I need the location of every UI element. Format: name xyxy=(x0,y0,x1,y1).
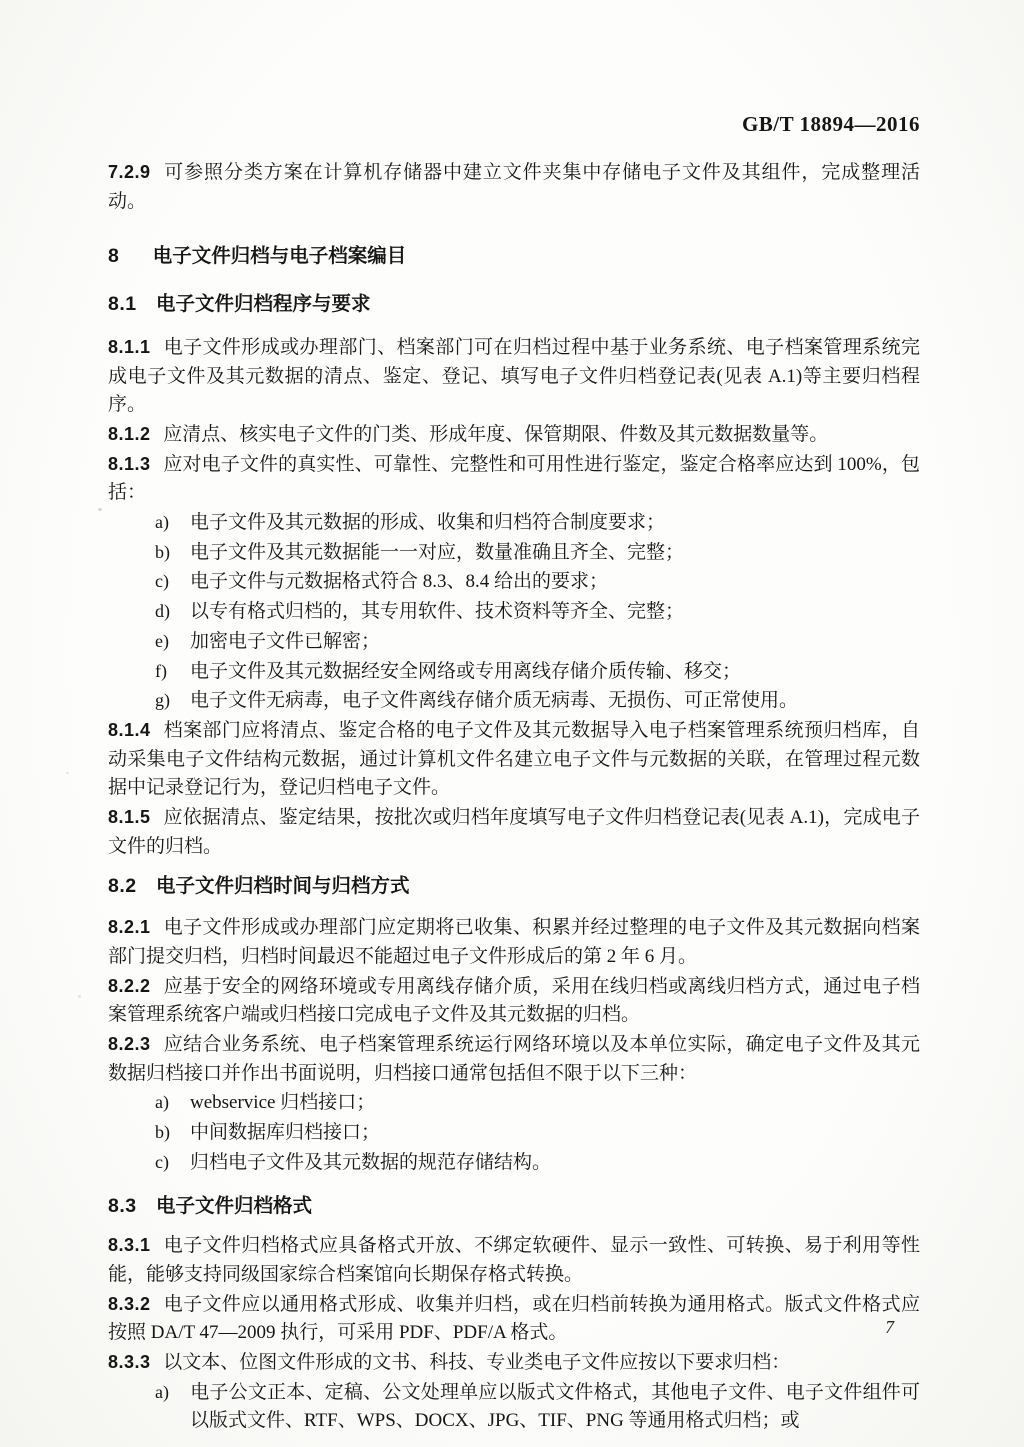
item-text: 电子公文正本、定稿、公文处理单应以版式文件格式，其他电子文件、电子文件组件可以版… xyxy=(190,1382,920,1432)
clause-8.1.3: 8.1.3 应对电子文件的真实性、可靠性、完整性和可用性进行鉴定，鉴定合格率应达… xyxy=(108,450,920,508)
item-text: 电子文件及其元数据能一一对应，数量准确且齐全、完整； xyxy=(190,542,684,563)
item-text: 电子文件及其元数据经安全网络或专用离线存储介质传输、移交； xyxy=(190,661,741,682)
section-number: 8.2 xyxy=(108,875,137,897)
section-number: 8.1 xyxy=(108,293,137,315)
list-item-e: e)加密电子文件已解密； xyxy=(108,627,920,657)
section-title: 电子文件归档格式 xyxy=(156,1195,312,1217)
section-title: 电子文件归档程序与要求 xyxy=(156,293,371,315)
item-text: 电子文件及其元数据的形成、收集和归档符合制度要求； xyxy=(190,512,665,533)
clause-text: 应依据清点、鉴定结果，按批次或归档年度填写电子文件归档登记表(见表 A.1)，完… xyxy=(108,807,920,857)
clause-number: 8.3.1 xyxy=(108,1235,151,1255)
item-letter: c) xyxy=(155,567,190,596)
list-item-b: b)中间数据库归档接口； xyxy=(108,1118,920,1148)
clause-text: 电子文件归档格式应具备格式开放、不绑定软硬件、显示一致性、可转换、易于利用等性能… xyxy=(108,1235,920,1285)
item-text: 电子文件与元数据格式符合 8.3、8.4 给出的要求； xyxy=(190,571,608,592)
clause-text: 档案部门应将清点、鉴定合格的电子文件及其元数据导入电子档案管理系统预归档库，自动… xyxy=(108,720,920,798)
clause-text: 电子文件应以通用格式形成、收集并归档，或在归档前转换为通用格式。版式文件格式应按… xyxy=(108,1294,920,1344)
item-text: 中间数据库归档接口； xyxy=(190,1122,380,1143)
clause-text: 应对电子文件的真实性、可靠性、完整性和可用性进行鉴定，鉴定合格率应达到 100%… xyxy=(108,454,920,504)
clause-number: 8.3.3 xyxy=(108,1352,151,1372)
item-letter: d) xyxy=(155,597,190,626)
clause-number: 8.1.2 xyxy=(108,424,151,444)
clause-8.1.4: 8.1.4 档案部门应将清点、鉴定合格的电子文件及其元数据导入电子档案管理系统预… xyxy=(108,716,920,803)
clause-8.2.1: 8.2.1 电子文件形成或办理部门应定期将已收集、积累并经过整理的电子文件及其元… xyxy=(108,913,920,971)
item-text: 以专有格式归档的，其专用软件、技术资料等齐全、完整； xyxy=(190,601,684,622)
section-title: 电子文件归档与电子档案编目 xyxy=(153,245,407,267)
item-letter: a) xyxy=(155,1378,190,1407)
section-heading-8.1: 8.1 电子文件归档程序与要求 xyxy=(108,290,920,319)
clause-number: 7.2.9 xyxy=(108,162,151,182)
clause-number: 8.2.2 xyxy=(108,976,151,996)
clause-8.1.5: 8.1.5 应依据清点、鉴定结果，按批次或归档年度填写电子文件归档登记表(见表 … xyxy=(108,803,920,861)
clause-text: 以文本、位图文件形成的文书、科技、专业类电子文件应按以下要求归档： xyxy=(163,1352,790,1373)
list-item-d: d)以专有格式归档的，其专用软件、技术资料等齐全、完整； xyxy=(108,597,920,627)
section-title: 电子文件归档时间与归档方式 xyxy=(156,875,410,897)
item-text: 电子文件无病毒，电子文件离线存储介质无病毒、无损伤、可正常使用。 xyxy=(190,690,798,711)
item-letter: g) xyxy=(155,686,190,715)
list-item-c: c)归档电子文件及其元数据的规范存储结构。 xyxy=(108,1148,920,1178)
clause-number: 8.3.2 xyxy=(108,1294,151,1314)
list-item-a: a)webservice 归档接口； xyxy=(108,1088,920,1118)
list-item-c: c)电子文件与元数据格式符合 8.3、8.4 给出的要求； xyxy=(108,567,920,597)
page-number: 7 xyxy=(885,1313,894,1342)
standard-code: GB/T 18894—2016 xyxy=(742,112,920,136)
section-heading-8: 8 电子文件归档与电子档案编目 xyxy=(108,242,920,271)
clause-text: 电子文件形成或办理部门、档案部门可在归档过程中基于业务系统、电子档案管理系统完成… xyxy=(108,337,920,415)
document-header: GB/T 18894—2016 xyxy=(108,110,920,138)
clause-text: 应基于安全的网络环境或专用离线存储介质，采用在线归档或离线归档方式，通过电子档案… xyxy=(108,976,920,1026)
item-text: 加密电子文件已解密； xyxy=(190,631,380,652)
clause-number: 8.2.3 xyxy=(108,1034,151,1054)
section-heading-8.2: 8.2 电子文件归档时间与归档方式 xyxy=(108,872,920,901)
clause-text: 应清点、核实电子文件的门类、形成年度、保管期限、件数及其元数据数量等。 xyxy=(163,424,828,445)
scan-speckle xyxy=(66,772,69,774)
item-letter: b) xyxy=(155,538,190,567)
document-page: GB/T 18894—2016 7.2.9 可参照分类方案在计算机存储器中建立文… xyxy=(0,0,1024,1447)
list-item-f: f)电子文件及其元数据经安全网络或专用离线存储介质传输、移交； xyxy=(108,657,920,687)
scan-speckle xyxy=(212,612,214,614)
clause-number: 8.2.1 xyxy=(108,917,151,937)
section-heading-8.3: 8.3 电子文件归档格式 xyxy=(108,1192,920,1221)
clause-7.2.9: 7.2.9 可参照分类方案在计算机存储器中建立文件夹集中存储电子文件及其组件，完… xyxy=(108,158,920,216)
clause-number: 8.1.5 xyxy=(108,807,151,827)
clause-8.1.1: 8.1.1 电子文件形成或办理部门、档案部门可在归档过程中基于业务系统、电子档案… xyxy=(108,333,920,420)
item-letter: b) xyxy=(155,1118,190,1147)
clause-8.2.3: 8.2.3 应结合业务系统、电子档案管理系统运行网络环境以及本单位实际，确定电子… xyxy=(108,1030,920,1088)
list-item-b: b)电子文件及其元数据能一一对应，数量准确且齐全、完整； xyxy=(108,538,920,568)
item-letter: e) xyxy=(155,627,190,656)
scan-speckle xyxy=(98,508,102,511)
clause-number: 8.1.4 xyxy=(108,720,151,740)
list-item-g: g)电子文件无病毒，电子文件离线存储介质无病毒、无损伤、可正常使用。 xyxy=(108,686,920,716)
clause-text: 可参照分类方案在计算机存储器中建立文件夹集中存储电子文件及其组件，完成整理活动。 xyxy=(108,162,920,212)
clause-8.2.2: 8.2.2 应基于安全的网络环境或专用离线存储介质，采用在线归档或离线归档方式，… xyxy=(108,972,920,1030)
clause-8.1.2: 8.1.2 应清点、核实电子文件的门类、形成年度、保管期限、件数及其元数据数量等… xyxy=(108,420,920,450)
list-item-a: a)电子公文正本、定稿、公文处理单应以版式文件格式，其他电子文件、电子文件组件可… xyxy=(108,1378,920,1436)
item-text: 归档电子文件及其元数据的规范存储结构。 xyxy=(190,1152,551,1173)
clause-8.3.3: 8.3.3 以文本、位图文件形成的文书、科技、专业类电子文件应按以下要求归档： xyxy=(108,1348,920,1378)
item-letter: f) xyxy=(155,657,190,686)
clause-number: 8.1.1 xyxy=(108,337,151,357)
clause-text: 应结合业务系统、电子档案管理系统运行网络环境以及本单位实际，确定电子文件及其元数… xyxy=(108,1034,920,1084)
section-number: 8.3 xyxy=(108,1195,137,1217)
clause-number: 8.1.3 xyxy=(108,454,151,474)
scan-speckle xyxy=(78,995,81,998)
clause-8.3.2: 8.3.2 电子文件应以通用格式形成、收集并归档，或在归档前转换为通用格式。版式… xyxy=(108,1290,920,1348)
clause-text: 电子文件形成或办理部门应定期将已收集、积累并经过整理的电子文件及其元数据向档案部… xyxy=(108,917,920,967)
item-letter: a) xyxy=(155,508,190,537)
section-number: 8 xyxy=(108,245,119,267)
item-text: webservice 归档接口； xyxy=(190,1092,375,1113)
clause-8.3.1: 8.3.1 电子文件归档格式应具备格式开放、不绑定软硬件、显示一致性、可转换、易… xyxy=(108,1231,920,1289)
item-letter: c) xyxy=(155,1148,190,1177)
list-item-a: a)电子文件及其元数据的形成、收集和归档符合制度要求； xyxy=(108,508,920,538)
item-letter: a) xyxy=(155,1088,190,1117)
